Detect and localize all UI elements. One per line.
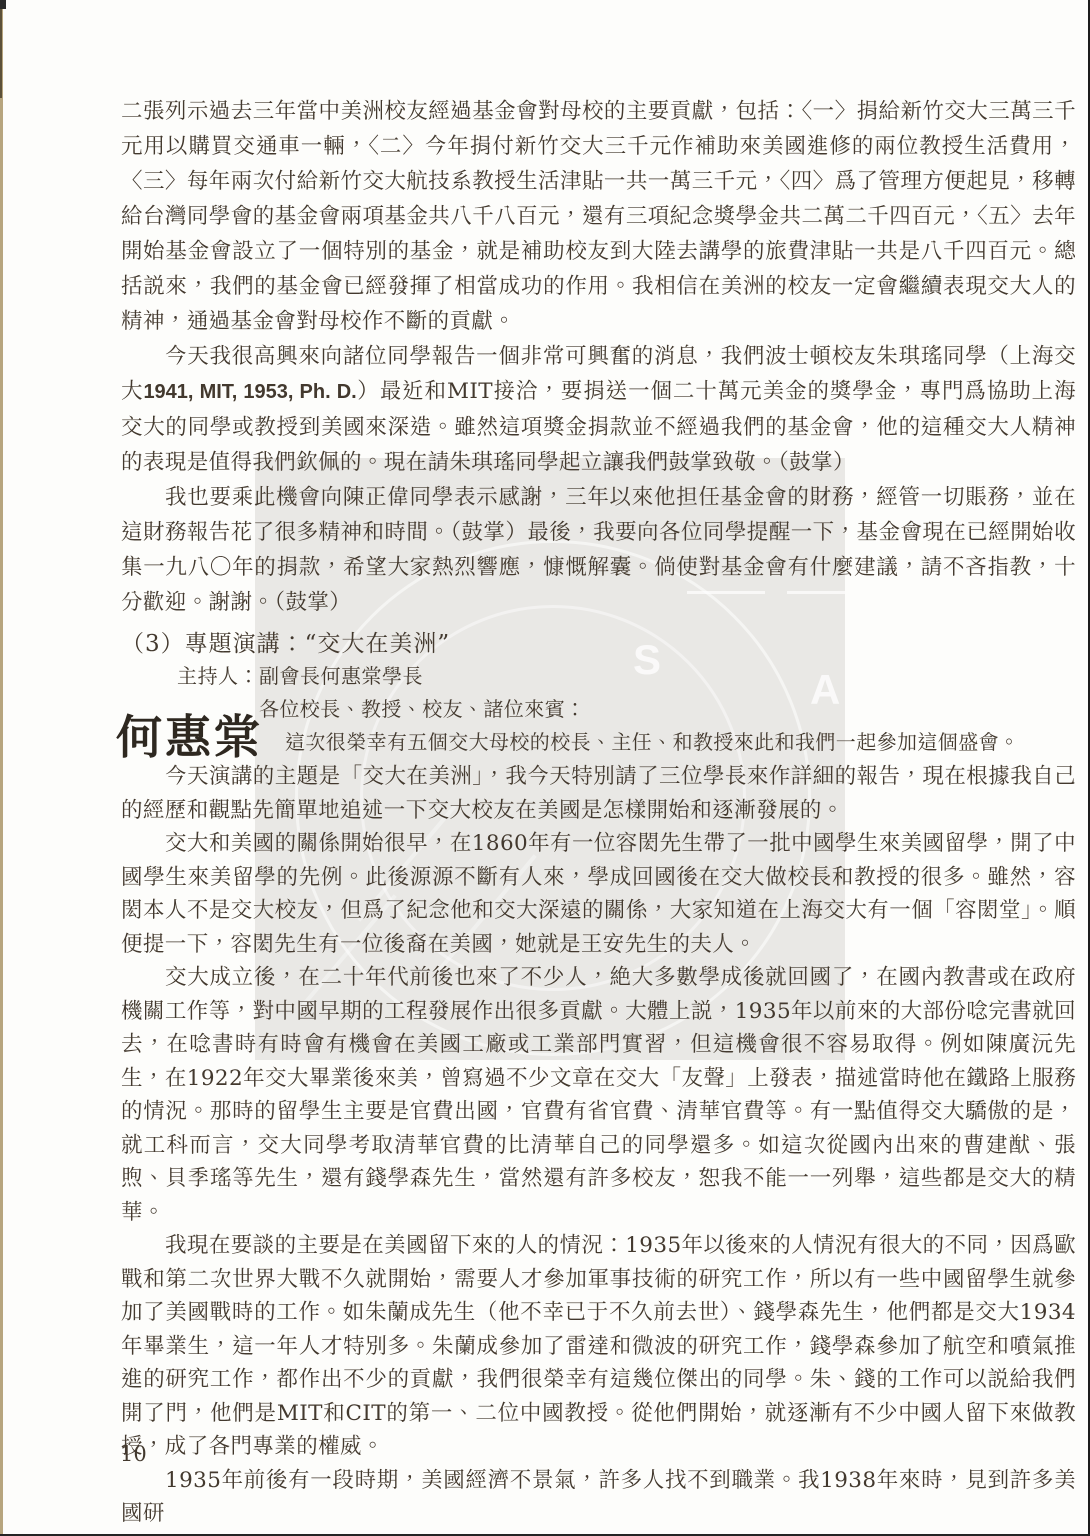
degree-credentials-text: 1941, MIT, 1953, Ph. D.: [143, 381, 356, 403]
opening-line: 這次很榮幸有五個交大母校的校長、主任、和教授來此和我們一起參加這個盛會。: [259, 726, 1076, 759]
speech-paragraph: 交大和美國的關係開始很早，在1860年有一位容閎先生帶了一批中國學生來美國留學，…: [121, 827, 1076, 961]
scanned-document-page: S A 二張列示過去三年當中美洲校友經過基金會對母校的主要貢獻，包括：〈一〉捐給…: [0, 0, 1090, 1536]
scan-edge-left-dark: [0, 6, 2, 98]
section-heading: （3）專題演講：“交大在美洲”: [121, 626, 1076, 662]
page-body: 二張列示過去三年當中美洲校友經過基金會對母校的主要貢獻，包括：〈一〉捐給新竹交大…: [121, 94, 1076, 1531]
speech-paragraph: 我現在要談的主要是在美國留下來的人的情況：1935年以後來的人情況有很大的不同，…: [121, 1229, 1076, 1464]
speech-paragraph: 1935年前後有一段時期，美國經濟不景氣，許多人找不到職業。我1938年來時，見…: [121, 1464, 1076, 1531]
page-number: 10: [120, 1442, 147, 1466]
paragraph-continuation: 二張列示過去三年當中美洲校友經過基金會對母校的主要貢獻，包括：〈一〉捐給新竹交大…: [121, 94, 1076, 339]
speech-paragraph: 今天演講的主題是「交大在美洲」，我今天特別請了三位學長來作詳細的報告，現在根據我…: [121, 760, 1076, 827]
paragraph: 今天我很高興來向諸位同學報告一個非常可興奮的消息，我們波士頓校友朱琪瑤同學（上海…: [121, 339, 1076, 480]
paragraph: 我也要乘此機會向陳正偉同學表示感謝，三年以來他担任基金會的財務，經管一切賬務，並…: [121, 480, 1076, 620]
speaker-block: 何惠棠 各位校長、教授、校友、諸位來賓： 這次很榮幸有五個交大母校的校長、主任、…: [121, 693, 1076, 760]
speech-paragraph: 交大成立後，在二十年代前後也來了不少人，絶大多數學成後就回國了，在國內教書或在政…: [121, 961, 1076, 1229]
moderator-line: 主持人：副會長何惠棠學長: [177, 662, 1076, 691]
scan-corner-mark: [0, 0, 6, 9]
greeting-line: 各位校長、教授、校友、諸位來賓：: [259, 693, 1076, 726]
scan-edge-left: [0, 0, 3, 1536]
speaker-name: 何惠棠: [116, 701, 263, 767]
